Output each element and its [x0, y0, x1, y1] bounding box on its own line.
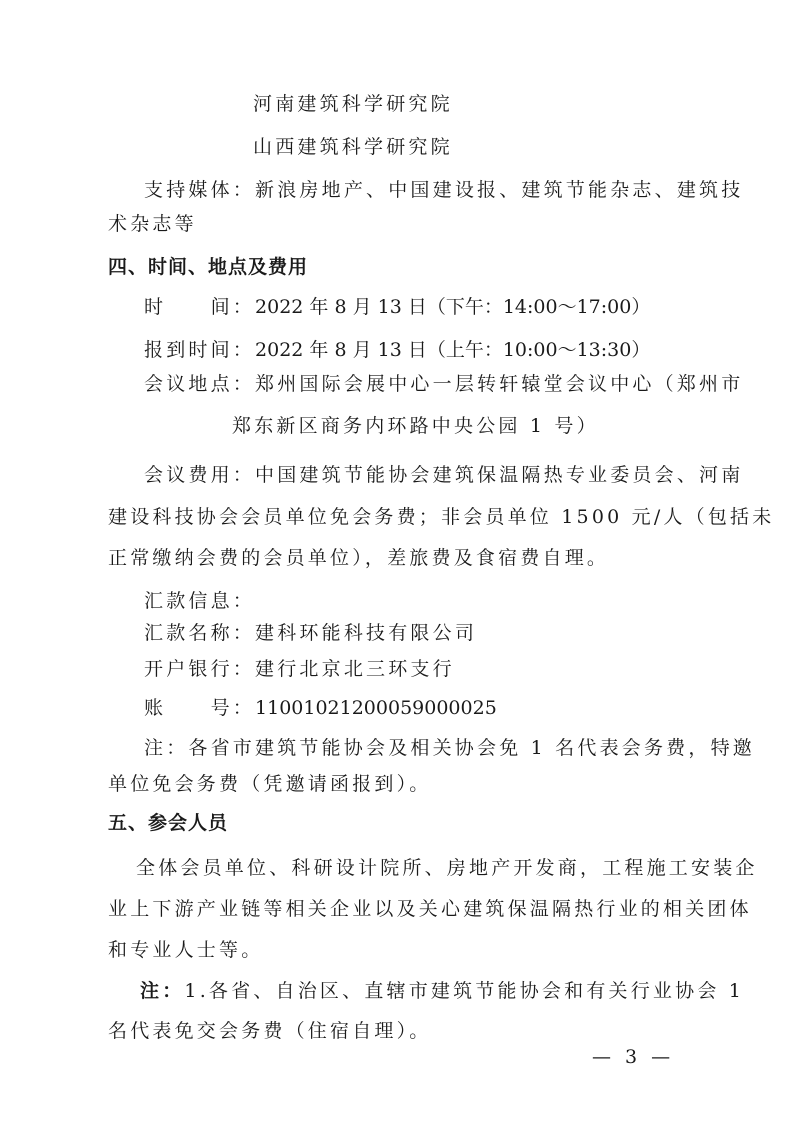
page-number: — 3 —	[592, 1046, 674, 1068]
organizer-henan: 河南建筑科学研究院	[253, 92, 453, 116]
checkin-value: 2022 年 8 月 13 日（上午：10:00～13:30）	[255, 339, 650, 361]
media-label: 支持媒体：	[144, 179, 255, 201]
remittance-title: 汇款信息：	[144, 589, 255, 613]
media-line2: 术杂志等	[108, 212, 197, 236]
participants-line3: 和专业人士等。	[108, 938, 263, 962]
venue-value-line1: 郑州国际会展中心一层转轩辕堂会议中心（郑州市	[255, 373, 743, 395]
remittance-bank-value: 建行北京北三环支行	[255, 658, 455, 680]
remittance-account-label: 账 号：	[144, 697, 255, 719]
venue-row: 会议地点：郑州国际会展中心一层转轩辕堂会议中心（郑州市	[144, 372, 743, 396]
remittance-name-label: 汇款名称：	[144, 622, 255, 644]
remittance-bank-label: 开户银行：	[144, 658, 255, 680]
organizer-shanxi: 山西建筑科学研究院	[253, 135, 453, 159]
checkin-label: 报到时间：	[144, 339, 255, 361]
venue-value-line2: 郑东新区商务内环路中央公园 1 号）	[232, 414, 599, 438]
time-row: 时 间：2022 年 8 月 13 日（下午：14:00～17:00）	[144, 295, 650, 319]
remittance-bank-row: 开户银行：建行北京北三环支行	[144, 657, 455, 681]
fee-note-line2: 单位免会务费（凭邀请函报到）。	[108, 772, 432, 796]
fee-label: 会议费用：	[144, 464, 255, 486]
participants-note-label: 注：	[140, 980, 184, 1002]
fee-line1: 中国建筑节能协会建筑保温隔热专业委员会、河南	[255, 464, 743, 486]
fee-row: 会议费用：中国建筑节能协会建筑保温隔热专业委员会、河南	[144, 463, 743, 487]
time-value: 2022 年 8 月 13 日（下午：14:00～17:00）	[255, 296, 650, 318]
remittance-name-value: 建科环能科技有限公司	[255, 622, 477, 644]
fee-note-line1: 注：各省市建筑节能协会及相关协会免 1 名代表会务费，特邀	[144, 736, 755, 760]
participants-note-line2: 名代表免交会务费（住宿自理）。	[108, 1019, 432, 1043]
section4-heading: 四、时间、地点及费用	[108, 255, 308, 279]
remittance-account-value: 11001021200059000025	[255, 697, 497, 719]
participants-note-text: 1.各省、自治区、直辖市建筑节能协会和有关行业协会 1	[184, 980, 744, 1002]
fee-line3: 正常缴纳会费的会员单位），差旅费及食宿费自理。	[108, 546, 609, 570]
participants-line1: 全体会员单位、科研设计院所、房地产开发商，工程施工安装企	[136, 856, 758, 880]
venue-label: 会议地点：	[144, 373, 255, 395]
media-text: 新浪房地产、中国建设报、建筑节能杂志、建筑技	[255, 179, 743, 201]
section5-heading: 五、参会人员	[108, 811, 228, 835]
participants-note-line1: 注：1.各省、自治区、直辖市建筑节能协会和有关行业协会 1	[140, 979, 744, 1003]
time-label: 时 间：	[144, 296, 255, 318]
media-line1: 支持媒体：新浪房地产、中国建设报、建筑节能杂志、建筑技	[144, 178, 743, 202]
checkin-row: 报到时间：2022 年 8 月 13 日（上午：10:00～13:30）	[144, 338, 650, 362]
fee-line2: 建设科技协会会员单位免会务费；非会员单位 1500 元/人（包括未	[108, 505, 774, 529]
remittance-account-row: 账 号：11001021200059000025	[144, 696, 497, 720]
participants-line2: 业上下游产业链等相关企业以及关心建筑保温隔热行业的相关团体	[108, 897, 752, 921]
remittance-name-row: 汇款名称：建科环能科技有限公司	[144, 621, 477, 645]
